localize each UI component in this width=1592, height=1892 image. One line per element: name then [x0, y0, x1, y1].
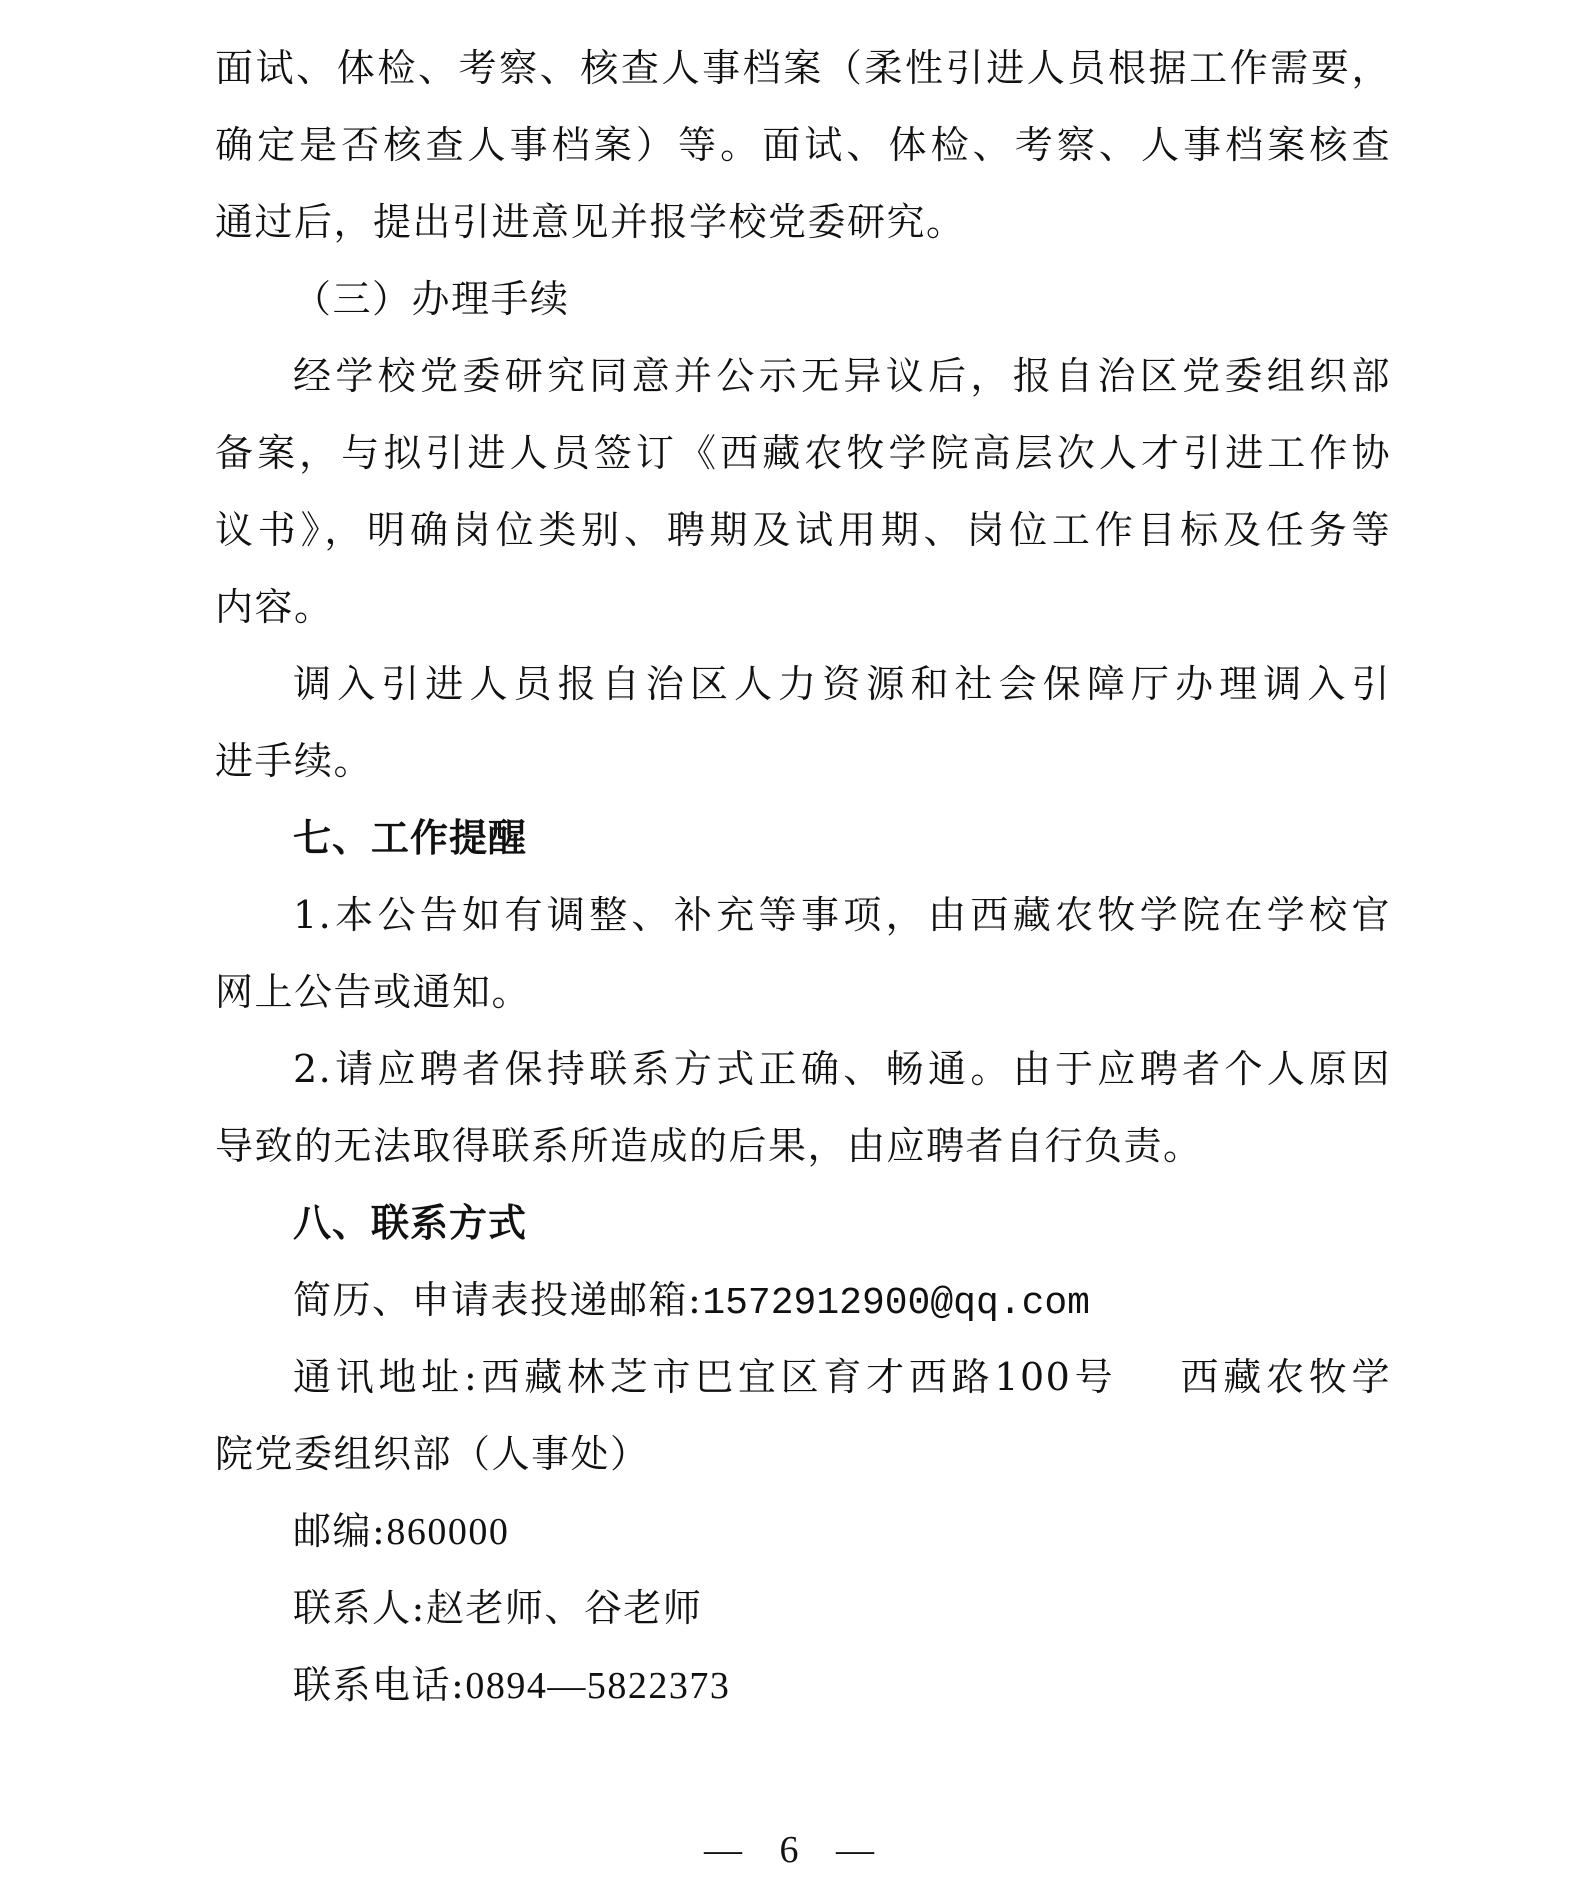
paragraph-line: 1.本公告如有调整、补充等事项，由西藏农牧学院在学校官 [215, 877, 1391, 954]
document-page: 面试、体检、考察、核查人事档案（柔性引进人员根据工作需要， 确定是否核查人事档案… [0, 0, 1592, 1892]
paragraph-line: 通过后，提出引进意见并报学校党委研究。 [215, 184, 1391, 261]
paragraph-line: 进手续。 [215, 723, 1391, 800]
contact-person-value: 赵老师、谷老师 [426, 1586, 703, 1630]
address-value: 西藏林芝市巴宜区育才西路100号 [478, 1355, 1117, 1399]
paragraph-line: 导致的无法取得联系所造成的后果，由应聘者自行负责。 [215, 1108, 1391, 1185]
contact-person-line: 联系人:赵老师、谷老师 [215, 1570, 1391, 1647]
address-org: 西藏农牧学 [1177, 1355, 1391, 1399]
paragraph-line: 备案，与拟引进人员签订《西藏农牧学院高层次人才引进工作协 [215, 415, 1391, 492]
phone-label: 联系电话: [293, 1663, 465, 1707]
contact-postcode-line: 邮编:860000 [215, 1493, 1391, 1570]
email-link[interactable]: 1572912900@qq.com [702, 1282, 1090, 1325]
section-heading-contact: 八、联系方式 [215, 1185, 1391, 1262]
phone-value: 0894—5822373 [465, 1665, 730, 1707]
paragraph-line: 2.请应聘者保持联系方式正确、畅通。由于应聘者个人原因 [215, 1031, 1391, 1108]
paragraph-line: 面试、体检、考察、核查人事档案（柔性引进人员根据工作需要， [215, 30, 1391, 107]
section-heading-reminders: 七、工作提醒 [215, 800, 1391, 877]
contact-address-line-2: 院党委组织部（人事处） [215, 1416, 1391, 1493]
postcode-label: 邮编: [293, 1509, 386, 1553]
contact-email-line: 简历、申请表投递邮箱:1572912900@qq.com [215, 1262, 1391, 1339]
document-body: 面试、体检、考察、核查人事档案（柔性引进人员根据工作需要， 确定是否核查人事档案… [215, 30, 1391, 1724]
paragraph-line: 确定是否核查人事档案）等。面试、体检、考察、人事档案核查 [215, 107, 1391, 184]
paragraph-line: 调入引进人员报自治区人力资源和社会保障厅办理调入引 [215, 646, 1391, 723]
contact-phone-line: 联系电话:0894—5822373 [215, 1647, 1391, 1724]
page-number: — 6 — [0, 1828, 1592, 1872]
subsection-heading: （三）办理手续 [215, 261, 1391, 338]
paragraph-line: 网上公告或通知。 [215, 954, 1391, 1031]
paragraph-line: 经学校党委研究同意并公示无异议后，报自治区党委组织部 [215, 338, 1391, 415]
paragraph-line: 议书》，明确岗位类别、聘期及试用期、岗位工作目标及任务等 [215, 492, 1391, 569]
address-label: 通讯地址: [293, 1355, 478, 1399]
email-label: 简历、申请表投递邮箱: [293, 1278, 702, 1322]
contact-address-line: 通讯地址:西藏林芝市巴宜区育才西路100号西藏农牧学 [215, 1339, 1391, 1416]
postcode-value: 860000 [386, 1511, 509, 1553]
paragraph-line: 内容。 [215, 569, 1391, 646]
contact-person-label: 联系人: [293, 1586, 426, 1630]
